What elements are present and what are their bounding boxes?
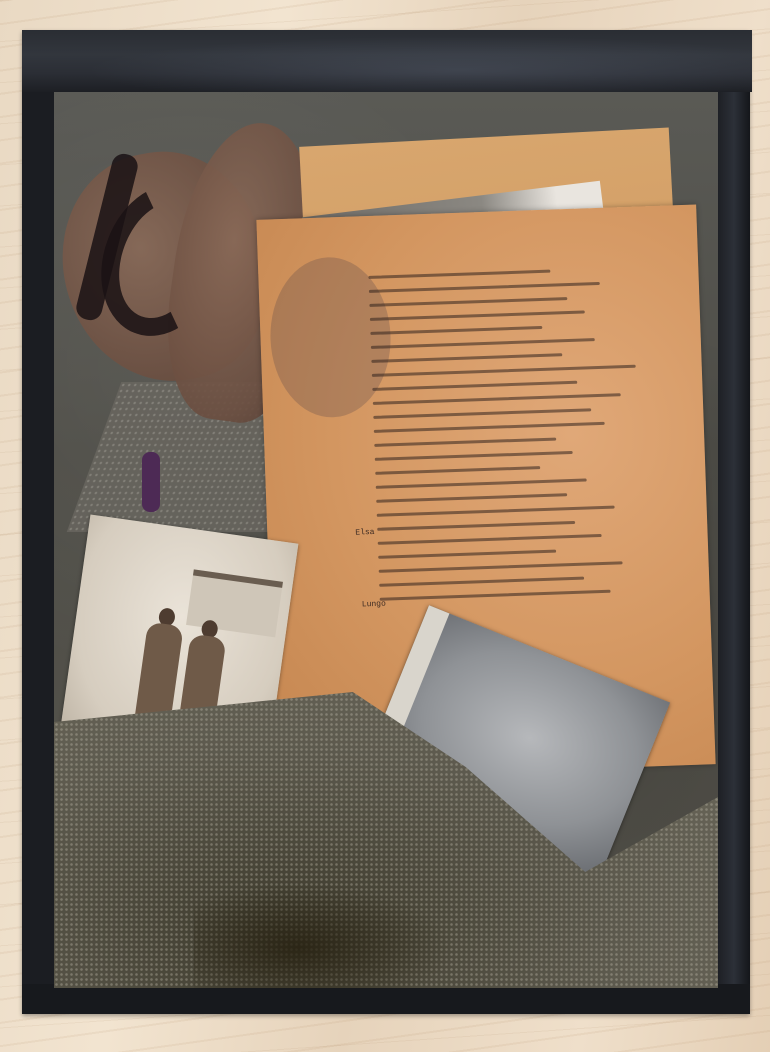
frame-top-bar: [22, 30, 752, 92]
photo-building: [186, 569, 283, 637]
collage-surface: Elsa Lungo: [54, 92, 718, 988]
frame-right-edge: [718, 92, 750, 992]
frame-bottom-edge: [22, 984, 750, 1014]
typed-text-block: [368, 264, 710, 611]
text-fragment: Lungo: [362, 600, 386, 610]
mold-stain: [194, 882, 454, 988]
text-fragment: Elsa: [355, 528, 375, 538]
purple-drip: [142, 452, 160, 512]
frame-left-edge: [22, 92, 54, 992]
